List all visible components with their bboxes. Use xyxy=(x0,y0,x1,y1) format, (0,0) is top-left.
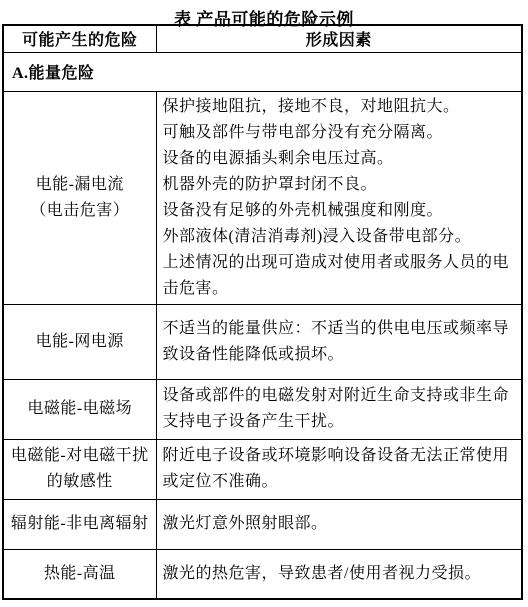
table-row: 电磁能-电磁场 设备或部件的电磁发射对附近生命支持或非生命支持电子设备产生干扰。 xyxy=(3,379,522,439)
factors-cell: 保护接地阻抗，接地不良，对地阻抗大。 可触及部件与带电部分没有充分隔离。 设备的… xyxy=(156,91,522,304)
factors-cell: 不适当的能量供应：不适当的供电电压或频率导致设备性能降低或损坏。 xyxy=(156,304,522,379)
factors-cell: 附近电子设备或环境影响设备设备无法正常使用或定位不准确。 xyxy=(156,439,522,499)
hazard-line: 电能-网电源 xyxy=(6,329,154,355)
factor-line: 附近电子设备或环境影响设备设备无法正常使用或定位不准确。 xyxy=(163,443,520,495)
factor-line: 不适当的能量供应：不适当的供电电压或频率导致设备性能降低或损坏。 xyxy=(163,316,520,368)
hazard-line: 电磁能-电磁场 xyxy=(6,396,154,422)
hazard-table: 可能产生的危险 形成因素 A.能量危险 电能-漏电流 （电击危害） 保护接地阻抗… xyxy=(2,24,523,600)
hazard-line: 辐射能-非电离辐射 xyxy=(6,511,154,537)
table-row: 辐射能-非电离辐射 激光灯意外照射眼部。 xyxy=(3,499,522,549)
factor-line: 可触及部件与带电部分没有充分隔离。 xyxy=(163,120,520,146)
hazard-line: （电击危害） xyxy=(6,198,154,224)
hazard-line: 电磁能-对电磁干扰 xyxy=(6,443,154,469)
table-row: 电磁能-对电磁干扰 的敏感性 附近电子设备或环境影响设备设备无法正常使用或定位不… xyxy=(3,439,522,499)
hazard-cell: 电能-网电源 xyxy=(3,304,156,379)
factor-line: 保护接地阻抗，接地不良，对地阻抗大。 xyxy=(163,94,520,120)
factor-line: 外部液体(清洁消毒剂)浸入设备带电部分。 xyxy=(163,224,520,250)
table-row: 电能-网电源 不适当的能量供应：不适当的供电电压或频率导致设备性能降低或损坏。 xyxy=(3,304,522,379)
column-header-hazard: 可能产生的危险 xyxy=(3,25,156,52)
hazard-line: 热能-高温 xyxy=(6,561,154,587)
column-header-factors: 形成因素 xyxy=(156,25,522,52)
factor-line: 上述情况的出现可造成对使用者或服务人员的电击危害。 xyxy=(163,250,520,302)
hazard-cell: 电磁能-对电磁干扰 的敏感性 xyxy=(3,439,156,499)
factor-line: 设备或部件的电磁发射对附近生命支持或非生命支持电子设备产生干扰。 xyxy=(163,383,520,435)
document-page: 表 产品可能的危险示例 可能产生的危险 形成因素 A.能量危险 电能-漏电流 （… xyxy=(0,0,528,607)
hazard-cell: 辐射能-非电离辐射 xyxy=(3,499,156,549)
table-row: 电能-漏电流 （电击危害） 保护接地阻抗，接地不良，对地阻抗大。 可触及部件与带… xyxy=(3,91,522,304)
factor-line: 激光的热危害，导致患者/使用者视力受损。 xyxy=(163,561,520,587)
factor-line: 设备的电源插头剩余电压过高。 xyxy=(163,146,520,172)
factors-cell: 设备或部件的电磁发射对附近生命支持或非生命支持电子设备产生干扰。 xyxy=(156,379,522,439)
factor-line: 激光灯意外照射眼部。 xyxy=(163,511,520,537)
section-row: A.能量危险 xyxy=(3,52,522,91)
table-title: 表 产品可能的危险示例 xyxy=(0,0,528,24)
hazard-cell: 热能-高温 xyxy=(3,549,156,599)
table-row: 热能-高温 激光的热危害，导致患者/使用者视力受损。 xyxy=(3,549,522,599)
section-header: A.能量危险 xyxy=(3,52,522,91)
hazard-line: 电能-漏电流 xyxy=(6,172,154,198)
factors-cell: 激光的热危害，导致患者/使用者视力受损。 xyxy=(156,549,522,599)
factor-line: 机器外壳的防护罩封闭不良。 xyxy=(163,172,520,198)
factors-cell: 激光灯意外照射眼部。 xyxy=(156,499,522,549)
factor-line: 设备没有足够的外壳机械强度和刚度。 xyxy=(163,198,520,224)
hazard-cell: 电磁能-电磁场 xyxy=(3,379,156,439)
hazard-cell: 电能-漏电流 （电击危害） xyxy=(3,91,156,304)
table-header-row: 可能产生的危险 形成因素 xyxy=(3,25,522,52)
hazard-line: 的敏感性 xyxy=(6,469,154,495)
